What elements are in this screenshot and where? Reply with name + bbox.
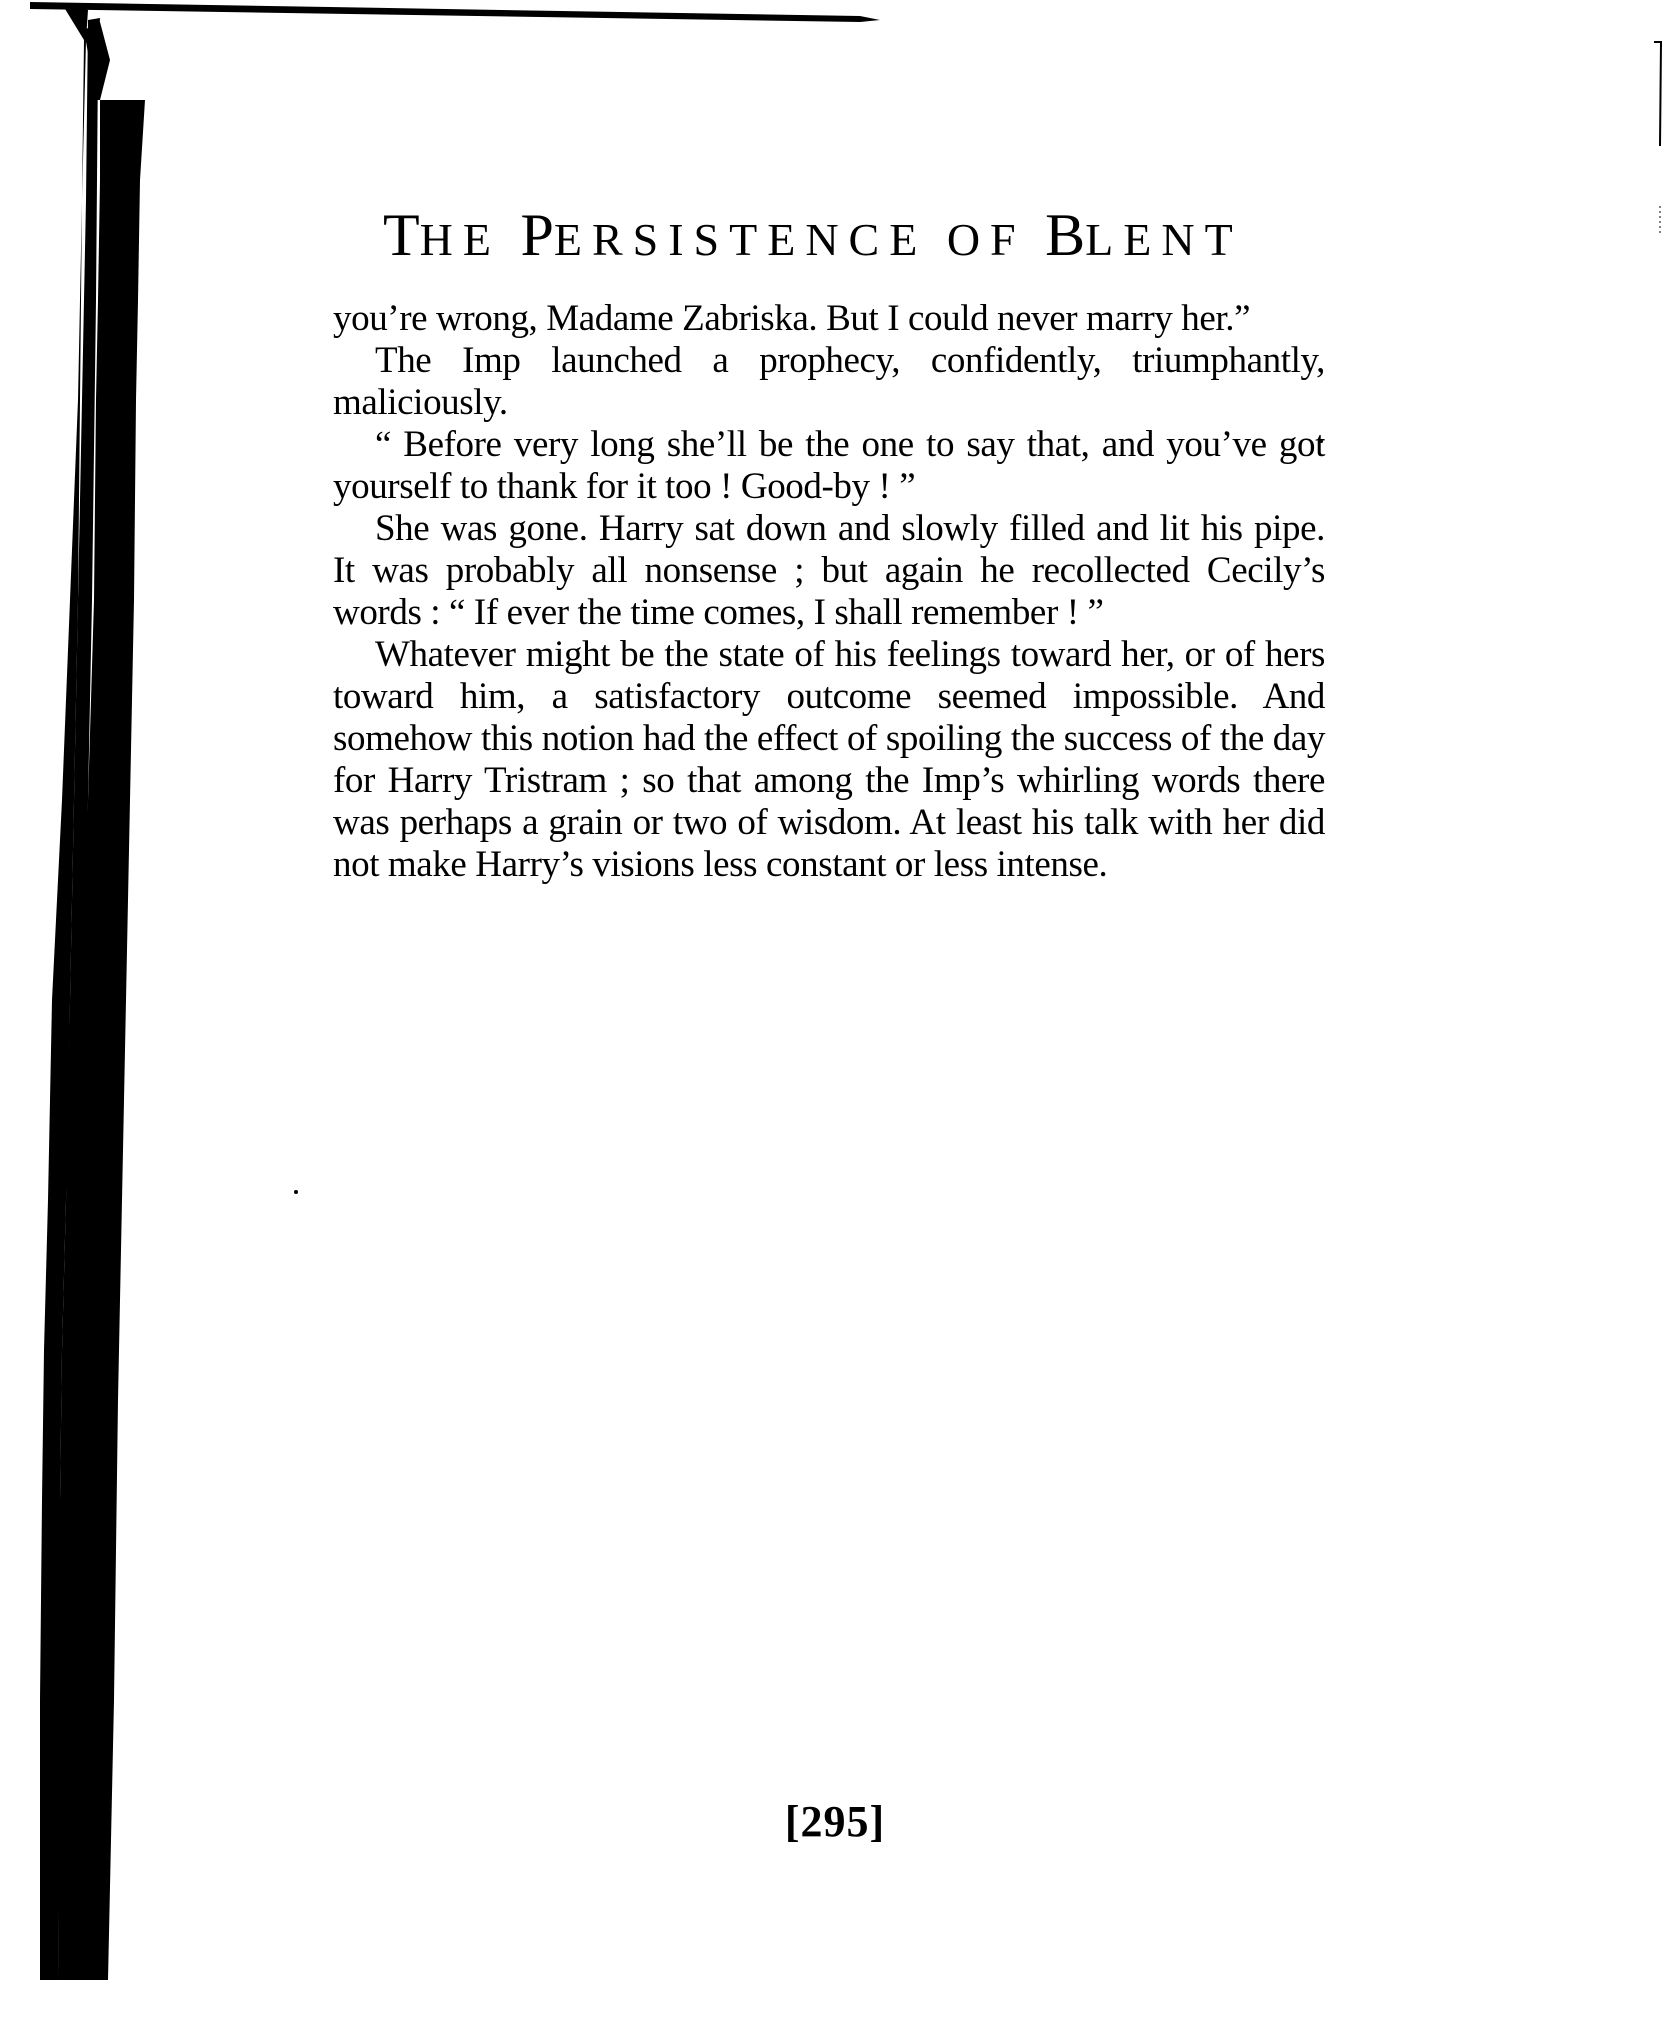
binding-shadow	[0, 0, 200, 2020]
paragraph-continued: you’re wrong, Madame Zabriska. But I cou…	[333, 298, 1325, 340]
scan-top-edge-line	[0, 0, 1666, 40]
scan-speck	[294, 1190, 298, 1194]
scan-right-edge-mark	[1650, 38, 1666, 238]
page-number: [295]	[760, 1795, 910, 1849]
paragraph: She was gone. Harry sat down and slowly …	[333, 508, 1325, 634]
paragraph: The Imp launched a prophecy, confidently…	[333, 340, 1325, 424]
paragraph: “ Before very long she’ll be the one to …	[333, 424, 1325, 508]
running-head-word: OF	[947, 214, 1026, 265]
running-head: THE PERSISTENCE OF BLENT	[383, 208, 1267, 267]
body-text: you’re wrong, Madame Zabriska. But I cou…	[333, 298, 1325, 886]
running-head-word: PERSISTENCE	[520, 214, 927, 265]
running-head-word: BLENT	[1045, 214, 1243, 265]
running-head-word: THE	[383, 214, 501, 265]
book-page: THE PERSISTENCE OF BLENT you’re wrong, M…	[0, 0, 1666, 2020]
paragraph: Whatever might be the state of his feeli…	[333, 634, 1325, 886]
